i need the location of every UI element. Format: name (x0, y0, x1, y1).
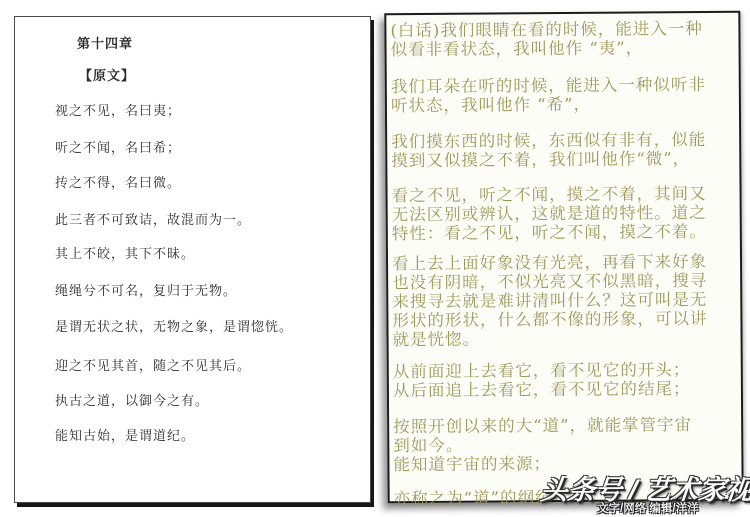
translation-line: 到如今。 (393, 434, 739, 455)
translation-line: 似看非看状态，我叫他作 “夷”， (390, 38, 736, 59)
original-line: 此三者不可致诘，故混而为一。 (55, 212, 251, 228)
original-line: 视之不见，名曰夷； (55, 103, 181, 119)
translation-paragraph: 看之不见，听之不闻，摸之不着，其间又 无法区别或辨认，这就是道的特性。道之 特性… (392, 184, 738, 243)
original-line: 绳绳兮不可名，复归于无物。 (55, 283, 237, 299)
translation-paragraph: (白话)我们眼睛在看的时候，能进入一种 似看非看状态，我叫他作 “夷”， (390, 19, 736, 59)
translation-paragraph: 我们耳朵在听的时候，能进入一种似听非 听状态，我叫他作 “希”， (391, 75, 737, 115)
translation-line: 听状态，我叫他作 “希”， (391, 94, 737, 115)
original-line: 其上不皎，其下不昧。 (55, 246, 195, 262)
translation-line: 从后面追上去看它，看不见它的结尾； (393, 379, 739, 400)
original-text-page: 第十四章 【原文】 视之不见，名曰夷； 听之不闻，名曰希； 抟之不得，名曰微。 … (14, 16, 371, 503)
translation-line: (白话)我们眼睛在看的时候，能进入一种 (390, 19, 736, 40)
translation-paragraph: 我们摸东西的时候，东西似有非有，似能 摸到又似摸之不着，我们叫他作“微”， (391, 130, 737, 170)
vernacular-translation-page: (白话)我们眼睛在看的时候，能进入一种 似看非看状态，我叫他作 “夷”， 我们耳… (384, 11, 743, 503)
original-line: 是谓无状之状，无物之象，是谓惚恍。 (55, 319, 293, 335)
translation-line: 也没有阴暗，不似光亮又不似黑暗，搜寻 (392, 271, 738, 292)
translation-line: 按照开创以来的大“道”，就能掌管宇宙 (393, 415, 739, 436)
translation-paragraph: 看上去上面好象没有光亮，再看下来好象 也没有阴暗，不似光亮又不似黑暗，搜寻 来搜… (392, 252, 739, 349)
translation-line: 无法区别或辨认，这就是道的特性。道之 (392, 203, 738, 224)
translation-line: 从前面迎上去看它，看不见它的开头； (393, 360, 739, 381)
original-line: 迎之不见其首，随之不见其后。 (55, 358, 251, 374)
translation-line: 看之不见，听之不闻，摸之不着，其间又 (392, 184, 738, 205)
translation-line: 就是恍惚。 (393, 328, 739, 349)
chapter-title: 第十四章 (77, 36, 133, 52)
translation-line: 形状的形状，什么都不像的形象，可以讲 (392, 309, 738, 330)
translation-line: 看上去上面好象没有光亮，再看下来好象 (392, 252, 738, 273)
original-line: 执古之道，以御今之有。 (55, 393, 209, 409)
translation-paragraph: 从前面迎上去看它，看不见它的开头； 从后面追上去看它，看不见它的结尾； (393, 360, 739, 400)
screenshot-canvas: 第十四章 【原文】 视之不见，名曰夷； 听之不闻，名曰希； 抟之不得，名曰微。 … (0, 0, 750, 517)
original-line: 抟之不得，名曰微。 (55, 175, 181, 191)
translation-paragraph: 按照开创以来的大“道”，就能掌管宇宙 到如今。 能知道宇宙的来源； (393, 415, 739, 474)
translation-line: 我们摸东西的时候，东西似有非有，似能 (391, 130, 737, 151)
watermark-credit: 文字/网络 编辑/洋洋 (597, 500, 699, 516)
translation-line: 特性：看之不见，听之不闻，摸之不着。 (392, 222, 738, 243)
translation-line: 我们耳朵在听的时候，能进入一种似听非 (391, 75, 737, 96)
original-line: 能知古始，是谓道纪。 (55, 428, 195, 444)
section-label: 【原文】 (79, 68, 135, 84)
original-line: 听之不闻，名曰希； (55, 140, 181, 156)
translation-line: 摸到又似摸之不着，我们叫他作“微”， (391, 149, 737, 170)
translation-line: 来搜寻去就是难讲清叫什么？这可叫是无 (392, 290, 738, 311)
